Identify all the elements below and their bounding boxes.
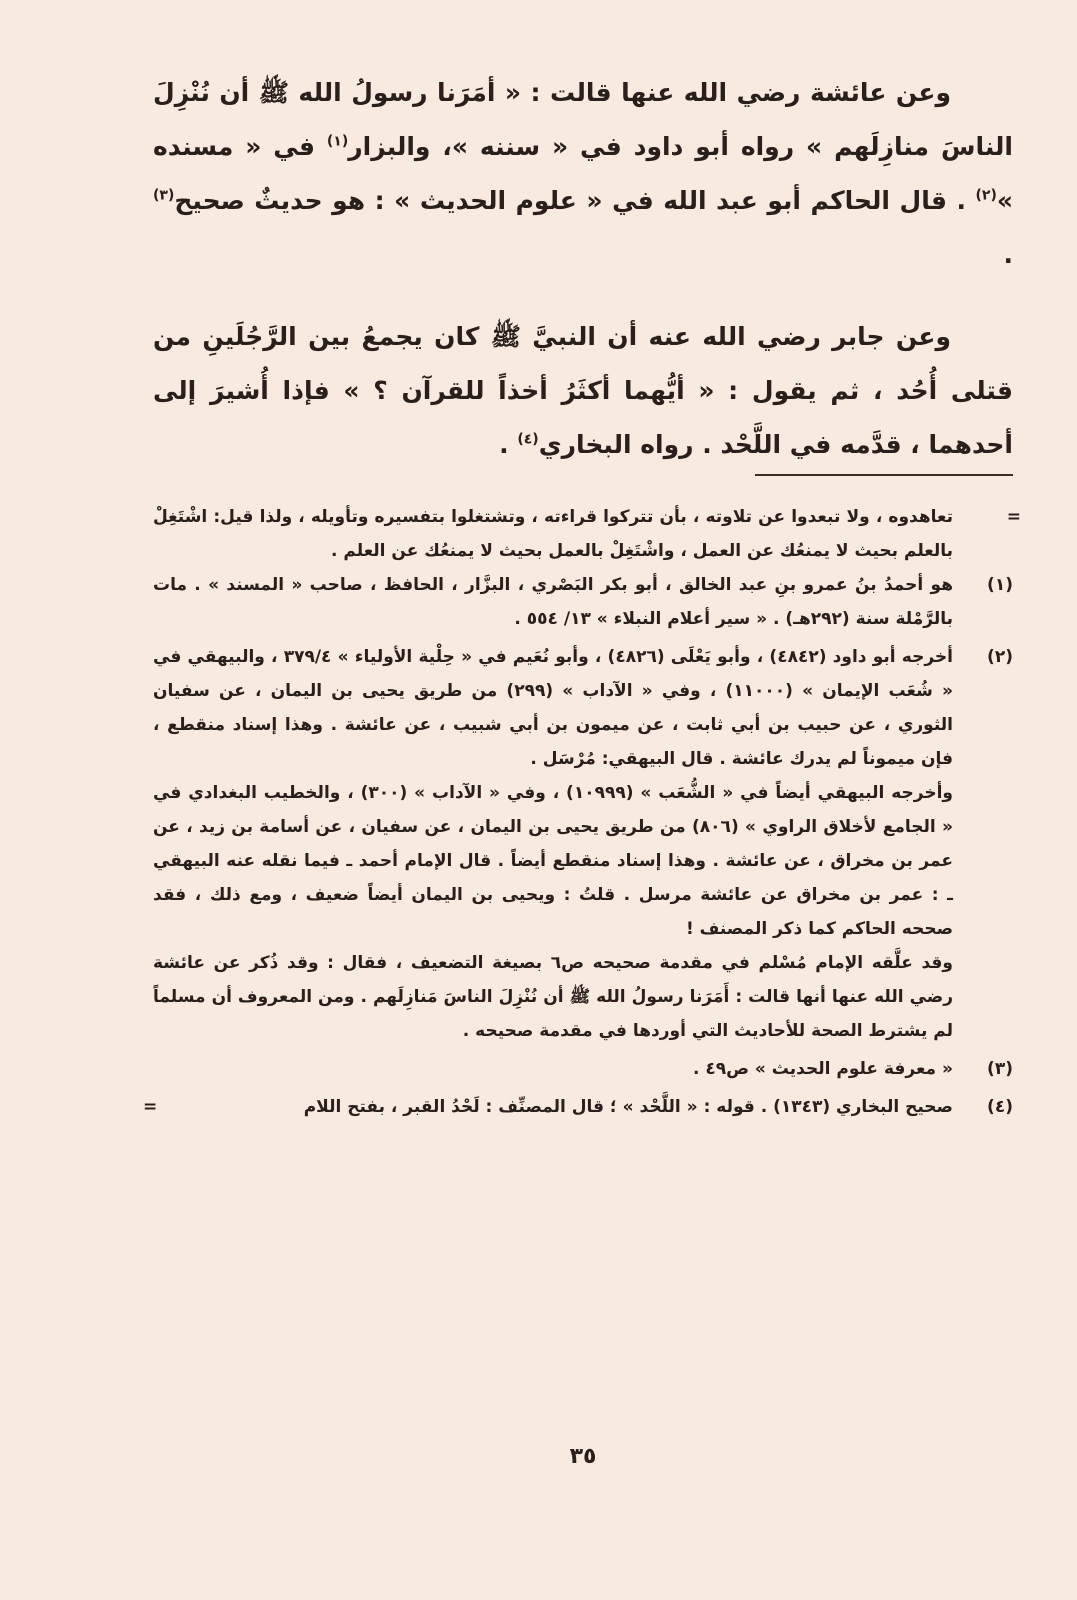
- book-page: وعن عائشة رضي الله عنها قالت : « أمَرَنا…: [153, 0, 1013, 1600]
- continuation-mark-end: =: [143, 1090, 157, 1124]
- paragraph-text: وعن جابر رضي الله عنه أن النبيَّ ﷺ كان ي…: [153, 322, 1013, 459]
- footnote-separator: [755, 474, 1013, 476]
- main-text: وعن عائشة رضي الله عنها قالت : « أمَرَنا…: [153, 66, 1013, 472]
- footnote-text: وأخرجه البيهقي أيضاً في « الشُّعَب » (١٠…: [153, 783, 953, 939]
- footnote-2-continued: وأخرجه البيهقي أيضاً في « الشُّعَب » (١٠…: [153, 776, 1013, 946]
- footnote-continuation: = تعاهدوه ، ولا تبعدوا عن تلاوته ، بأن ت…: [153, 500, 1013, 568]
- paragraph-text: .: [1004, 240, 1014, 269]
- footnote-2: (٢) أخرجه أبو داود (٤٨٤٢) ، وأبو يَعْلَى…: [153, 640, 1013, 776]
- footnotes-section: = تعاهدوه ، ولا تبعدوا عن تلاوته ، بأن ت…: [153, 500, 1013, 1124]
- continuation-mark: =: [1007, 500, 1021, 534]
- footnote-ref-2[interactable]: (٢): [975, 188, 996, 204]
- page-number: ٣٥: [153, 1444, 1013, 1469]
- paragraph-jabir-hadith: وعن جابر رضي الله عنه أن النبيَّ ﷺ كان ي…: [153, 310, 1013, 472]
- paragraph-text: .: [499, 430, 517, 459]
- footnote-3: (٣) « معرفة علوم الحديث » ص٤٩ .: [153, 1052, 1013, 1086]
- footnote-text: صحيح البخاري (١٣٤٣) . قوله : « اللَّحْد …: [304, 1097, 953, 1117]
- footnote-text: أخرجه أبو داود (٤٨٤٢) ، وأبو يَعْلَى (٤٨…: [153, 647, 953, 769]
- footnote-text: وقد علَّقه الإمام مُسْلم في مقدمة صحيحه …: [153, 953, 953, 1041]
- footnote-1: (١) هو أحمدُ بنُ عمرو بنِ عبد الخالق ، أ…: [153, 568, 1013, 636]
- footnote-ref-3[interactable]: (٣): [153, 188, 174, 204]
- footnote-number: (٤): [963, 1090, 1013, 1124]
- footnote-ref-4[interactable]: (٤): [517, 432, 538, 448]
- footnote-4: (٤) صحيح البخاري (١٣٤٣) . قوله : « اللَّ…: [153, 1090, 1013, 1124]
- paragraph-text: . قال الحاكم أبو عبد الله في « علوم الحد…: [174, 186, 975, 215]
- footnote-text: تعاهدوه ، ولا تبعدوا عن تلاوته ، بأن تتر…: [153, 507, 953, 561]
- footnote-ref-1[interactable]: (١): [327, 134, 348, 150]
- footnote-text: « معرفة علوم الحديث » ص٤٩ .: [693, 1059, 953, 1079]
- footnote-number: (٣): [963, 1052, 1013, 1086]
- footnote-number: (٢): [963, 640, 1013, 674]
- footnote-text: هو أحمدُ بنُ عمرو بنِ عبد الخالق ، أبو ب…: [153, 575, 953, 629]
- paragraph-aisha-hadith: وعن عائشة رضي الله عنها قالت : « أمَرَنا…: [153, 66, 1013, 282]
- footnote-2-continued: وقد علَّقه الإمام مُسْلم في مقدمة صحيحه …: [153, 946, 1013, 1048]
- footnote-number: (١): [963, 568, 1013, 602]
